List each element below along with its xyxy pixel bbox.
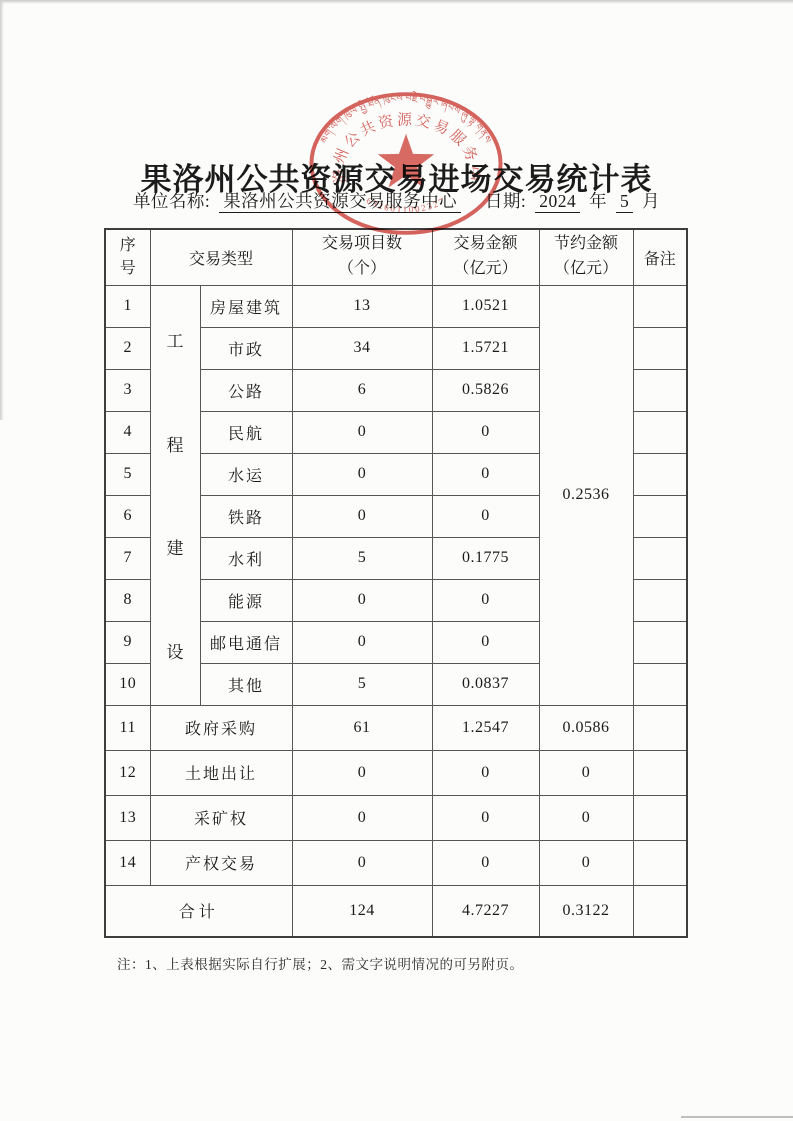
scan-edge-top <box>0 0 793 4</box>
type-cell: 房屋建筑 <box>200 285 292 327</box>
count-cell: 0 <box>292 795 432 840</box>
remark-cell <box>633 705 687 750</box>
seq-cell: 7 <box>105 537 150 579</box>
statistics-table: 序 号 交易类型 交易项目数 （个） 交易金额 （亿元） 节约金额 （亿元） 备… <box>104 228 688 938</box>
type-cell: 土地出让 <box>150 750 292 795</box>
amount-cell: 0.0837 <box>432 663 539 705</box>
table-row: 13 采矿权 0 0 0 <box>105 795 687 840</box>
amount-cell: 0 <box>432 840 539 885</box>
date-year-suffix: 年 <box>589 191 607 211</box>
remark-cell <box>633 285 687 327</box>
count-cell: 6 <box>292 369 432 411</box>
total-amount-cell: 4.7227 <box>432 885 539 937</box>
date-year-value: 2024 <box>535 191 580 213</box>
remark-cell <box>633 840 687 885</box>
count-cell: 34 <box>292 327 432 369</box>
date-month-value: 5 <box>616 191 633 213</box>
type-cell: 水利 <box>200 537 292 579</box>
seq-cell: 6 <box>105 495 150 537</box>
total-count-cell: 124 <box>292 885 432 937</box>
saving-cell: 0.0586 <box>539 705 633 750</box>
table-row: 1 工 程 建 设 房屋建筑 13 1.0521 0.2536 <box>105 285 687 327</box>
seq-cell: 13 <box>105 795 150 840</box>
unit-date-line: 单位名称: 果洛州公共资源交易服务中心 日期: 2024 年 5 月 <box>0 188 793 213</box>
saving-cell: 0 <box>539 750 633 795</box>
col-header-saving: 节约金额 （亿元） <box>539 229 633 285</box>
unit-name-label: 单位名称: <box>133 191 210 211</box>
amount-cell: 0 <box>432 411 539 453</box>
unit-name-value: 果洛州公共资源交易服务中心 <box>219 191 461 213</box>
count-cell: 5 <box>292 537 432 579</box>
amount-cell: 0 <box>432 579 539 621</box>
amount-cell: 1.0521 <box>432 285 539 327</box>
seq-cell: 8 <box>105 579 150 621</box>
col-header-seq: 序 号 <box>105 229 150 285</box>
remark-cell <box>633 537 687 579</box>
document-page: 果洛州公共资源交易进场交易统计表 单位名称: 果洛州公共资源交易服务中心 日期:… <box>0 0 793 1121</box>
type-cell: 邮电通信 <box>200 621 292 663</box>
seq-cell: 3 <box>105 369 150 411</box>
type-cell: 公路 <box>200 369 292 411</box>
count-cell: 0 <box>292 840 432 885</box>
table-row: 12 土地出让 0 0 0 <box>105 750 687 795</box>
remark-cell <box>633 750 687 795</box>
seq-cell: 11 <box>105 705 150 750</box>
count-cell: 0 <box>292 579 432 621</box>
seq-cell: 2 <box>105 327 150 369</box>
seq-cell: 14 <box>105 840 150 885</box>
col-header-type: 交易类型 <box>150 229 292 285</box>
remark-cell <box>633 327 687 369</box>
remark-cell <box>633 579 687 621</box>
total-label-cell: 合计 <box>105 885 292 937</box>
amount-cell: 1.2547 <box>432 705 539 750</box>
amount-cell: 0.5826 <box>432 369 539 411</box>
group-label-cell: 工 程 建 设 <box>150 285 200 705</box>
date-label: 日期: <box>485 191 526 211</box>
count-cell: 0 <box>292 411 432 453</box>
type-cell: 水运 <box>200 453 292 495</box>
saving-cell: 0 <box>539 840 633 885</box>
remark-cell <box>633 495 687 537</box>
seq-cell: 9 <box>105 621 150 663</box>
remark-cell <box>633 369 687 411</box>
count-cell: 61 <box>292 705 432 750</box>
type-cell: 能源 <box>200 579 292 621</box>
table-row: 14 产权交易 0 0 0 <box>105 840 687 885</box>
footnote: 注：1、上表根据实际自行扩展；2、需文字说明情况的可另附页。 <box>117 953 524 973</box>
amount-cell: 0 <box>432 453 539 495</box>
amount-cell: 1.5721 <box>432 327 539 369</box>
table-row: 11 政府采购 61 1.2547 0.0586 <box>105 705 687 750</box>
remark-cell <box>633 411 687 453</box>
seq-cell: 10 <box>105 663 150 705</box>
count-cell: 0 <box>292 495 432 537</box>
amount-cell: 0 <box>432 495 539 537</box>
type-cell: 铁路 <box>200 495 292 537</box>
seq-cell: 1 <box>105 285 150 327</box>
type-cell: 产权交易 <box>150 840 292 885</box>
seq-cell: 12 <box>105 750 150 795</box>
remark-cell <box>633 453 687 495</box>
remark-cell <box>633 663 687 705</box>
remark-cell <box>633 885 687 937</box>
scan-artifact <box>681 1116 793 1118</box>
date-month-suffix: 月 <box>642 191 660 211</box>
type-cell: 民航 <box>200 411 292 453</box>
col-header-count: 交易项目数 （个） <box>292 229 432 285</box>
count-cell: 0 <box>292 453 432 495</box>
seal-tibetan-arc-text: མགོ་ལོག་ཁུལ་སྤྱི་ཐོན་ཁུངས་བརྗེ་བསྒྱུར་ཞབ… <box>320 91 493 145</box>
saving-cell: 0 <box>539 795 633 840</box>
remark-cell <box>633 795 687 840</box>
amount-cell: 0 <box>432 621 539 663</box>
seq-cell: 5 <box>105 453 150 495</box>
col-header-remark: 备注 <box>633 229 687 285</box>
saving-merged-cell: 0.2536 <box>539 285 633 705</box>
col-header-amount: 交易金额 （亿元） <box>432 229 539 285</box>
amount-cell: 0 <box>432 795 539 840</box>
seq-cell: 4 <box>105 411 150 453</box>
count-cell: 0 <box>292 750 432 795</box>
total-row: 合计 124 4.7227 0.3122 <box>105 885 687 937</box>
amount-cell: 0 <box>432 750 539 795</box>
count-cell: 5 <box>292 663 432 705</box>
remark-cell <box>633 621 687 663</box>
type-cell: 采矿权 <box>150 795 292 840</box>
header-row: 序 号 交易类型 交易项目数 （个） 交易金额 （亿元） 节约金额 （亿元） 备… <box>105 229 687 285</box>
count-cell: 0 <box>292 621 432 663</box>
total-saving-cell: 0.3122 <box>539 885 633 937</box>
type-cell: 其他 <box>200 663 292 705</box>
amount-cell: 0.1775 <box>432 537 539 579</box>
type-cell: 政府采购 <box>150 705 292 750</box>
type-cell: 市政 <box>200 327 292 369</box>
count-cell: 13 <box>292 285 432 327</box>
